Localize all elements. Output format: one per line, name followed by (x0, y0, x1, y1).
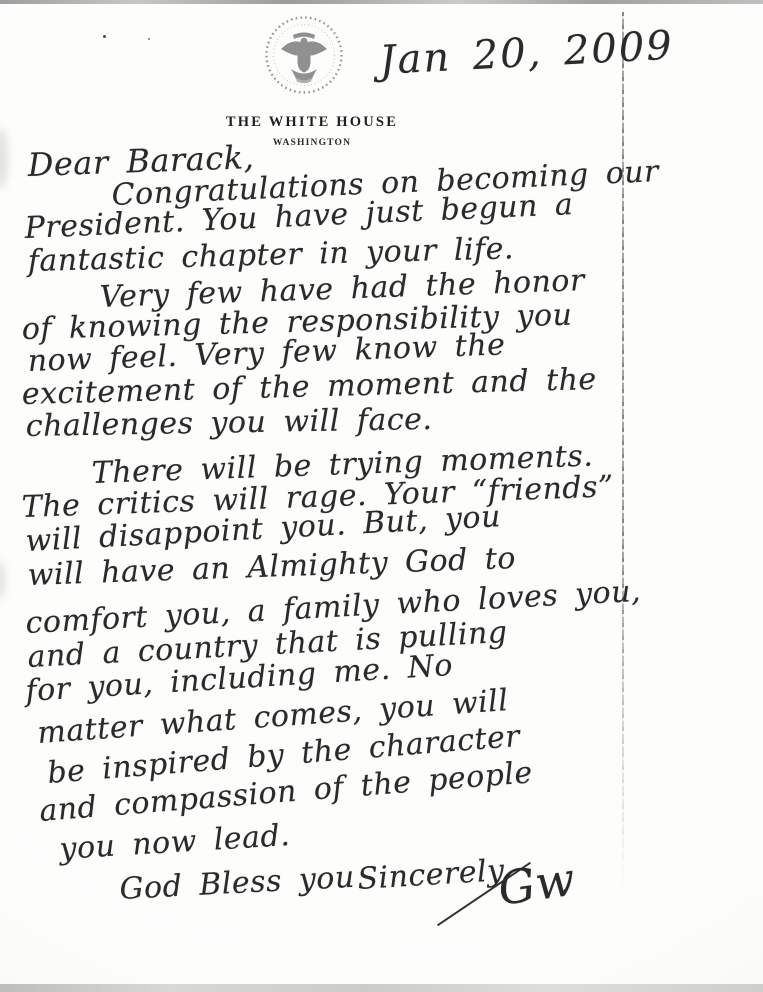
letter-signoff: Sincerely (357, 853, 506, 897)
letter-line: challenges you will face. (26, 402, 433, 444)
letterhead-title: THE WHITE HOUSE (132, 114, 492, 131)
signature: Gw (495, 852, 579, 916)
scan-edge-bottom (0, 984, 763, 992)
letter-closing: God Bless you (119, 860, 356, 907)
scan-smudge (0, 560, 5, 600)
letter-page: THE WHITE HOUSE WASHINGTON Jan 20, 2009 … (0, 0, 763, 992)
scan-speck (103, 35, 106, 38)
presidential-seal-icon (262, 13, 346, 97)
handwritten-date: Jan 20, 2009 (378, 23, 674, 84)
scan-edge-top (0, 0, 763, 4)
scan-smudge (0, 128, 8, 188)
scan-artifact-vertical-line (622, 12, 624, 890)
letter-line: you now lead. (59, 818, 292, 867)
scan-speck (148, 38, 150, 40)
